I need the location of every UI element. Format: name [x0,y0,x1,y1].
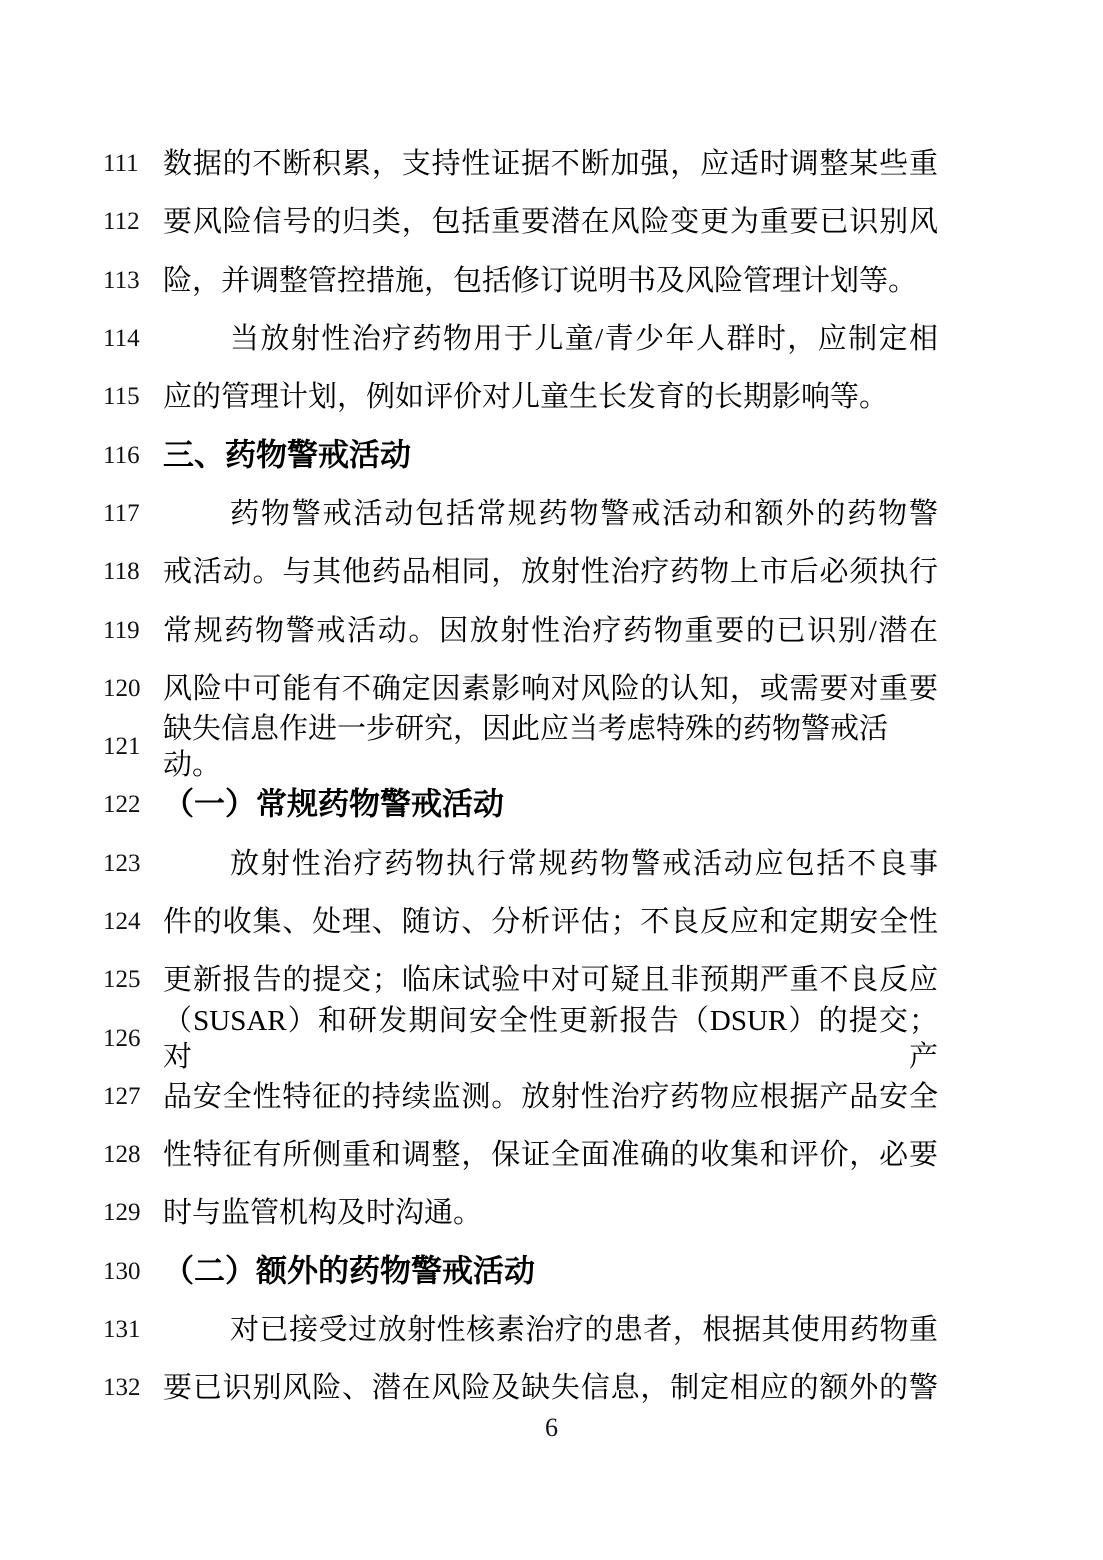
line-text: （SUSAR）和研发期间安全性更新报告（DSUR）的提交；对产 [163,1002,938,1075]
line-number: 116 [103,442,140,470]
line-number: 121 [103,733,141,761]
line-number: 120 [103,675,141,703]
line-number: 126 [103,1025,141,1053]
line-text: 三、药物警戒活动 [163,436,938,475]
line-number: 113 [103,267,140,295]
line-number: 112 [103,208,140,236]
line-text: 放射性治疗药物执行常规药物警戒活动应包括不良事 [163,846,938,882]
document-line: 119 常规药物警戒活动。因放射性治疗药物重要的已识别/潜在 [0,601,1103,659]
line-number: 128 [103,1141,141,1169]
document-line: 127 品安全性特征的持续监测。放射性治疗药物应根据产品安全 [0,1068,1103,1126]
line-number: 115 [103,383,140,411]
line-text: 时与监管机构及时沟通。 [163,1195,938,1231]
document-line: 131 对已接受过放射性核素治疗的患者，根据其使用药物重 [0,1301,1103,1359]
line-number: 125 [103,966,141,994]
document-line: 114 当放射性治疗药物用于儿童/青少年人群时，应制定相 [0,310,1103,368]
document-line: 117 药物警戒活动包括常规药物警戒活动和额外的药物警 [0,485,1103,543]
line-number: 130 [103,1258,141,1286]
document-line: 121 缺失信息作进一步研究，因此应当考虑特殊的药物警戒活动。 [0,718,1103,776]
line-text: 数据的不断积累，支持性证据不断加强，应适时调整某些重 [163,146,938,182]
document-line: 113 险，并调整管控措施，包括修订说明书及风险管理计划等。 [0,252,1103,310]
line-text: 常规药物警戒活动。因放射性治疗药物重要的已识别/潜在 [163,612,938,648]
line-number: 111 [103,150,139,178]
document-line: 122 （一）常规药物警戒活动 [0,776,1103,834]
line-text: 药物警戒活动包括常规药物警戒活动和额外的药物警 [163,496,938,532]
line-text: （一）常规药物警戒活动 [163,786,938,825]
line-text: 应的管理计划，例如评价对儿童生长发育的长期影响等。 [163,379,938,415]
line-text: 戒活动。与其他药品相同，放射性治疗药物上市后必须执行 [163,554,938,590]
document-line: 111 数据的不断积累，支持性证据不断加强，应适时调整某些重 [0,135,1103,193]
document-page: 111 数据的不断积累，支持性证据不断加强，应适时调整某些重 112 要风险信号… [0,0,1103,1560]
document-line: 116 三、药物警戒活动 [0,426,1103,484]
line-number: 132 [103,1374,141,1402]
line-number: 117 [103,500,140,528]
line-text: 性特征有所侧重和调整，保证全面准确的收集和评价，必要 [163,1137,938,1173]
document-line: 125 更新报告的提交；临床试验中对可疑且非预期严重不良反应 [0,951,1103,1009]
line-number: 129 [103,1199,141,1227]
line-text: 要已识别风险、潜在风险及缺失信息，制定相应的额外的警 [163,1370,938,1406]
line-number: 124 [103,908,141,936]
line-text: 当放射性治疗药物用于儿童/青少年人群时，应制定相 [163,321,938,357]
document-line: 132 要已识别风险、潜在风险及缺失信息，制定相应的额外的警 [0,1359,1103,1417]
line-text: 险，并调整管控措施，包括修订说明书及风险管理计划等。 [163,263,938,299]
line-text: 风险中可能有不确定因素影响对风险的认知，或需要对重要 [163,671,938,707]
document-line: 112 要风险信号的归类，包括重要潜在风险变更为重要已识别风 [0,193,1103,251]
line-text: 更新报告的提交；临床试验中对可疑且非预期严重不良反应 [163,962,938,998]
line-text: 件的收集、处理、随访、分析评估；不良反应和定期安全性 [163,904,938,940]
line-text: （二）额外的药物警戒活动 [163,1252,938,1291]
line-numbered-text-block: 111 数据的不断积累，支持性证据不断加强，应适时调整某些重 112 要风险信号… [0,135,1103,1418]
line-text: 对已接受过放射性核素治疗的患者，根据其使用药物重 [163,1312,938,1348]
line-number: 123 [103,850,141,878]
document-line: 118 戒活动。与其他药品相同，放射性治疗药物上市后必须执行 [0,543,1103,601]
line-number: 127 [103,1083,141,1111]
document-line: 126 （SUSAR）和研发期间安全性更新报告（DSUR）的提交；对产 [0,1009,1103,1067]
document-line: 124 件的收集、处理、随访、分析评估；不良反应和定期安全性 [0,893,1103,951]
line-number: 122 [103,791,141,819]
line-text: 要风险信号的归类，包括重要潜在风险变更为重要已识别风 [163,204,938,240]
line-number: 118 [103,558,140,586]
line-number: 114 [103,325,140,353]
page-number: 6 [0,1413,1103,1443]
line-text: 品安全性特征的持续监测。放射性治疗药物应根据产品安全 [163,1079,938,1115]
line-number: 119 [103,617,140,645]
document-line: 120 风险中可能有不确定因素影响对风险的认知，或需要对重要 [0,660,1103,718]
document-line: 128 性特征有所侧重和调整，保证全面准确的收集和评价，必要 [0,1126,1103,1184]
document-line: 129 时与监管机构及时沟通。 [0,1184,1103,1242]
document-line: 115 应的管理计划，例如评价对儿童生长发育的长期影响等。 [0,368,1103,426]
line-text: 缺失信息作进一步研究，因此应当考虑特殊的药物警戒活动。 [163,711,938,784]
document-line: 130 （二）额外的药物警戒活动 [0,1243,1103,1301]
line-number: 131 [103,1316,141,1344]
document-line: 123 放射性治疗药物执行常规药物警戒活动应包括不良事 [0,835,1103,893]
